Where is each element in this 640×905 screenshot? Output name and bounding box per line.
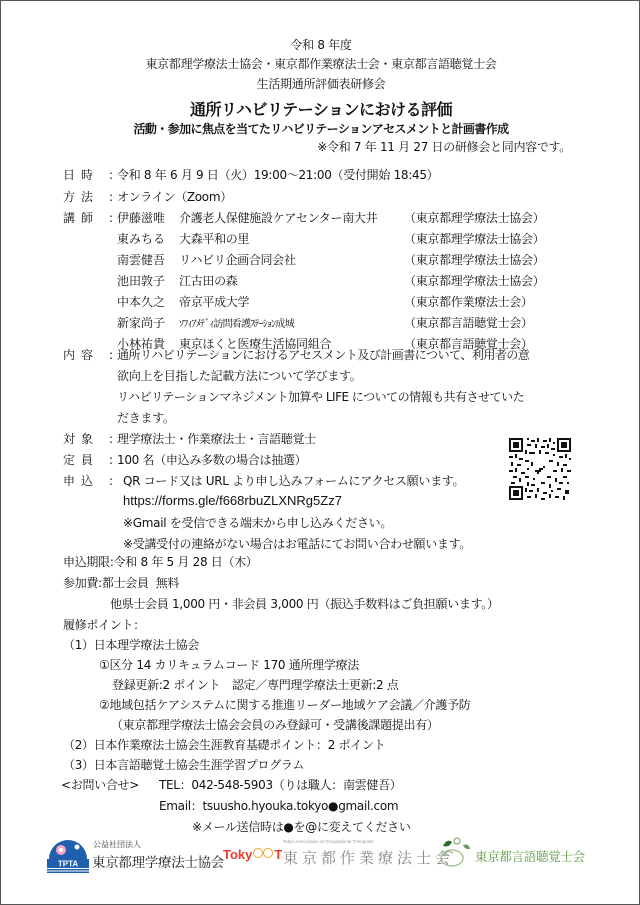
points-item: （2）日本作業療法士協会生涯教育基礎ポイント：2 ポイント — [63, 737, 385, 753]
label-char: 内 — [63, 346, 81, 363]
label-colon: : — [109, 211, 113, 225]
lecturer-name: 東みちる — [117, 230, 165, 247]
points-label: 履修ポイント： — [63, 617, 145, 633]
lecturer-assoc: （東京都理学療法士協会） — [404, 209, 544, 226]
label-colon: : — [109, 190, 113, 204]
content-line: 欲向上を目指した記載方法について学びます。 — [117, 367, 362, 384]
ot-brand-text: T — [274, 847, 282, 862]
contact-tel: TEL：042-548-5903（りは職人：南雲健吾） — [159, 777, 402, 793]
method-value: オンライン（Zoom） — [117, 188, 232, 205]
tpta-legal-type: 公益社団法人 — [93, 839, 141, 850]
method-label: 方法: — [63, 188, 121, 205]
lecturer-name: 伊藤滋唯 — [117, 209, 165, 226]
ot-brand-text: Toky — [223, 847, 252, 862]
label-char: 員 — [81, 451, 109, 468]
organizers: 東京都理学療法士協会・東京都作業療法士会・東京都言語聴覚士会 — [1, 55, 640, 72]
application-url-link[interactable]: https://forms.gle/f668rbuZLXNRg5Zz7 — [123, 493, 342, 508]
ot-tagline: Tokyo Association of Occupational Therap… — [283, 839, 373, 844]
content-line: 通所リハビリテーションにおけるアセスメント及び計画書について、利用者の意 — [117, 346, 529, 363]
label-char: 象 — [81, 430, 109, 447]
lecturer-org: 大森平和の里 — [179, 230, 249, 247]
capacity-value: 100 名（申込み多数の場合は抽選） — [117, 451, 306, 468]
label-char: 方 — [63, 188, 81, 205]
fiscal-year: 令和 8 年度 — [1, 36, 640, 53]
lecturer-assoc: （東京都理学療法士協会） — [404, 272, 544, 289]
points-item: （1）日本理学療法士協会 — [63, 637, 199, 653]
same-content-note: ※令和 7 年 11 月 27 日の研修会と同内容です。 — [317, 138, 571, 155]
label-char: 申 — [63, 472, 81, 489]
seminar-name: 生活期通所評価表研修会 — [1, 75, 640, 92]
label-char: 講 — [63, 209, 81, 226]
label-colon: : — [109, 348, 113, 362]
content-line: だきます。 — [117, 409, 175, 426]
lecturer-org: 介護老人保健施設ケアセンター南大井 — [179, 209, 377, 226]
label-char: 定 — [63, 451, 81, 468]
contact-email-note: ※メール送信時は●を@に変えてください — [192, 819, 411, 835]
lecturer-org: リハビリ企画合同会社 — [179, 251, 296, 268]
label-char: 師 — [81, 209, 109, 226]
label-colon: : — [109, 474, 113, 488]
fee-row: 参加費:都士会員 無料 — [63, 575, 179, 591]
content-line: リハビリテーションマネジメント加算や LIFE についての情報も共有させていた — [117, 388, 524, 405]
lecturer-name: 新家尚子 — [117, 314, 165, 331]
lecturer-org: ｿﾌｨｱﾒﾃﾞｨ訪問看護ｽﾃｰｼｮﾝ成城 — [179, 315, 294, 330]
tpta-logo: TPTA 公益社団法人 東京都理学療法士協会 — [47, 837, 217, 873]
contact-label: <お問い合せ> — [61, 777, 139, 793]
fee-label: 参加費 — [63, 576, 98, 590]
lecturer-org: 江古田の森 — [179, 272, 238, 289]
deadline-label: 申込期限 — [63, 555, 110, 569]
fee-others: 他県士会員 1,000 円・非会員 3,000 円（振込手数料はご負担願います。… — [110, 596, 499, 612]
flyer-page: 令和 8 年度 東京都理学療法士協会・東京都作業療法士会・東京都言語聴覚士会 生… — [0, 0, 640, 905]
label-char: 時 — [81, 166, 109, 183]
ot-brand: TokyT — [223, 847, 282, 862]
label-colon: : — [109, 453, 113, 467]
ot-name: 東京都作業療法士会 — [283, 847, 454, 868]
ot-logo: TokyT Tokyo Association of Occupational … — [223, 837, 433, 873]
content-label: 内容: — [63, 346, 121, 363]
application-label: 申込: — [63, 472, 121, 489]
label-colon: : — [109, 432, 113, 446]
page-title: 通所リハビリテーションにおける評価 — [1, 97, 640, 120]
points-item: （3）日本言語聴覚士協会生涯学習プログラム — [63, 757, 304, 773]
tpta-name: 東京都理学療法士協会 — [92, 851, 224, 871]
fee-member: 都士会員 無料 — [102, 576, 179, 590]
points-item: 登録更新:2 ポイント 認定／専門理学療法士更新:2 点 — [112, 677, 399, 693]
svg-text:TPTA: TPTA — [58, 860, 79, 869]
lecturer-org: 帝京平成大学 — [179, 293, 249, 310]
points-item: ②地域包括ケアシステムに関する推進リーダー地域ケア会議／介護予防 — [99, 697, 470, 713]
lecturer-assoc: （東京都作業療法士会） — [404, 293, 533, 310]
lecturer-name: 南雲健吾 — [117, 251, 165, 268]
ot-faces-icon — [252, 848, 274, 860]
points-item: ①区分 14 カリキュラムコード 170 通所理学療法 — [99, 657, 359, 673]
label-char: 対 — [63, 430, 81, 447]
lecturers-label: 講師: — [63, 209, 121, 226]
target-label: 対象: — [63, 430, 121, 447]
points-item: （東京都理学療法士協会会員のみ登録可・受講後課題提出有） — [111, 717, 439, 733]
gmail-note: ※Gmail を受信できる端末から申し込みください。 — [123, 514, 392, 531]
deadline-value: 令和 8 年 5 月 28 日（木） — [114, 555, 258, 569]
label-char: 日 — [63, 166, 81, 183]
label-colon: : — [109, 168, 113, 182]
datetime-label: 日時: — [63, 166, 121, 183]
lecturer-assoc: （東京都言語聴覚士会） — [404, 314, 533, 331]
contact-email[interactable]: Email：tsuusho.hyouka.tokyo●gmail.com — [159, 798, 398, 814]
tpta-emblem-icon: TPTA — [47, 839, 89, 873]
deadline-row: 申込期限:令和 8 年 5 月 28 日（木） — [63, 554, 258, 570]
capacity-label: 定員: — [63, 451, 121, 468]
datetime-value: 令和 8 年 6 月 9 日（火）19:00～21:00（受付開始 18:45） — [117, 166, 438, 183]
lecturer-assoc: （東京都理学療法士協会） — [404, 230, 544, 247]
qr-code-icon[interactable] — [509, 438, 571, 500]
st-name: 東京都言語聴覚士会 — [475, 847, 585, 865]
no-reply-note: ※受講受付の連絡がない場合はお電話にてお問い合わせ願います。 — [123, 535, 471, 552]
st-logo: 東京都言語聴覚士会 — [437, 837, 587, 873]
label-char: 法 — [81, 188, 109, 205]
application-instruction: QR コード又は URL より申し込みフォームにアクセス願います。 — [123, 472, 464, 489]
lecturer-name: 池田敦子 — [117, 272, 165, 289]
target-value: 理学療法士・作業療法士・言語聴覚士 — [117, 430, 316, 447]
lecturer-assoc: （東京都理学療法士協会） — [404, 251, 544, 268]
page-subtitle: 活動・参加に焦点を当てたリハビリテーションアセスメントと計画書作成 — [1, 120, 640, 137]
st-leaf-icon — [437, 837, 473, 871]
label-char: 込 — [81, 472, 109, 489]
label-char: 容 — [81, 346, 109, 363]
lecturer-name: 中本久之 — [117, 293, 165, 310]
